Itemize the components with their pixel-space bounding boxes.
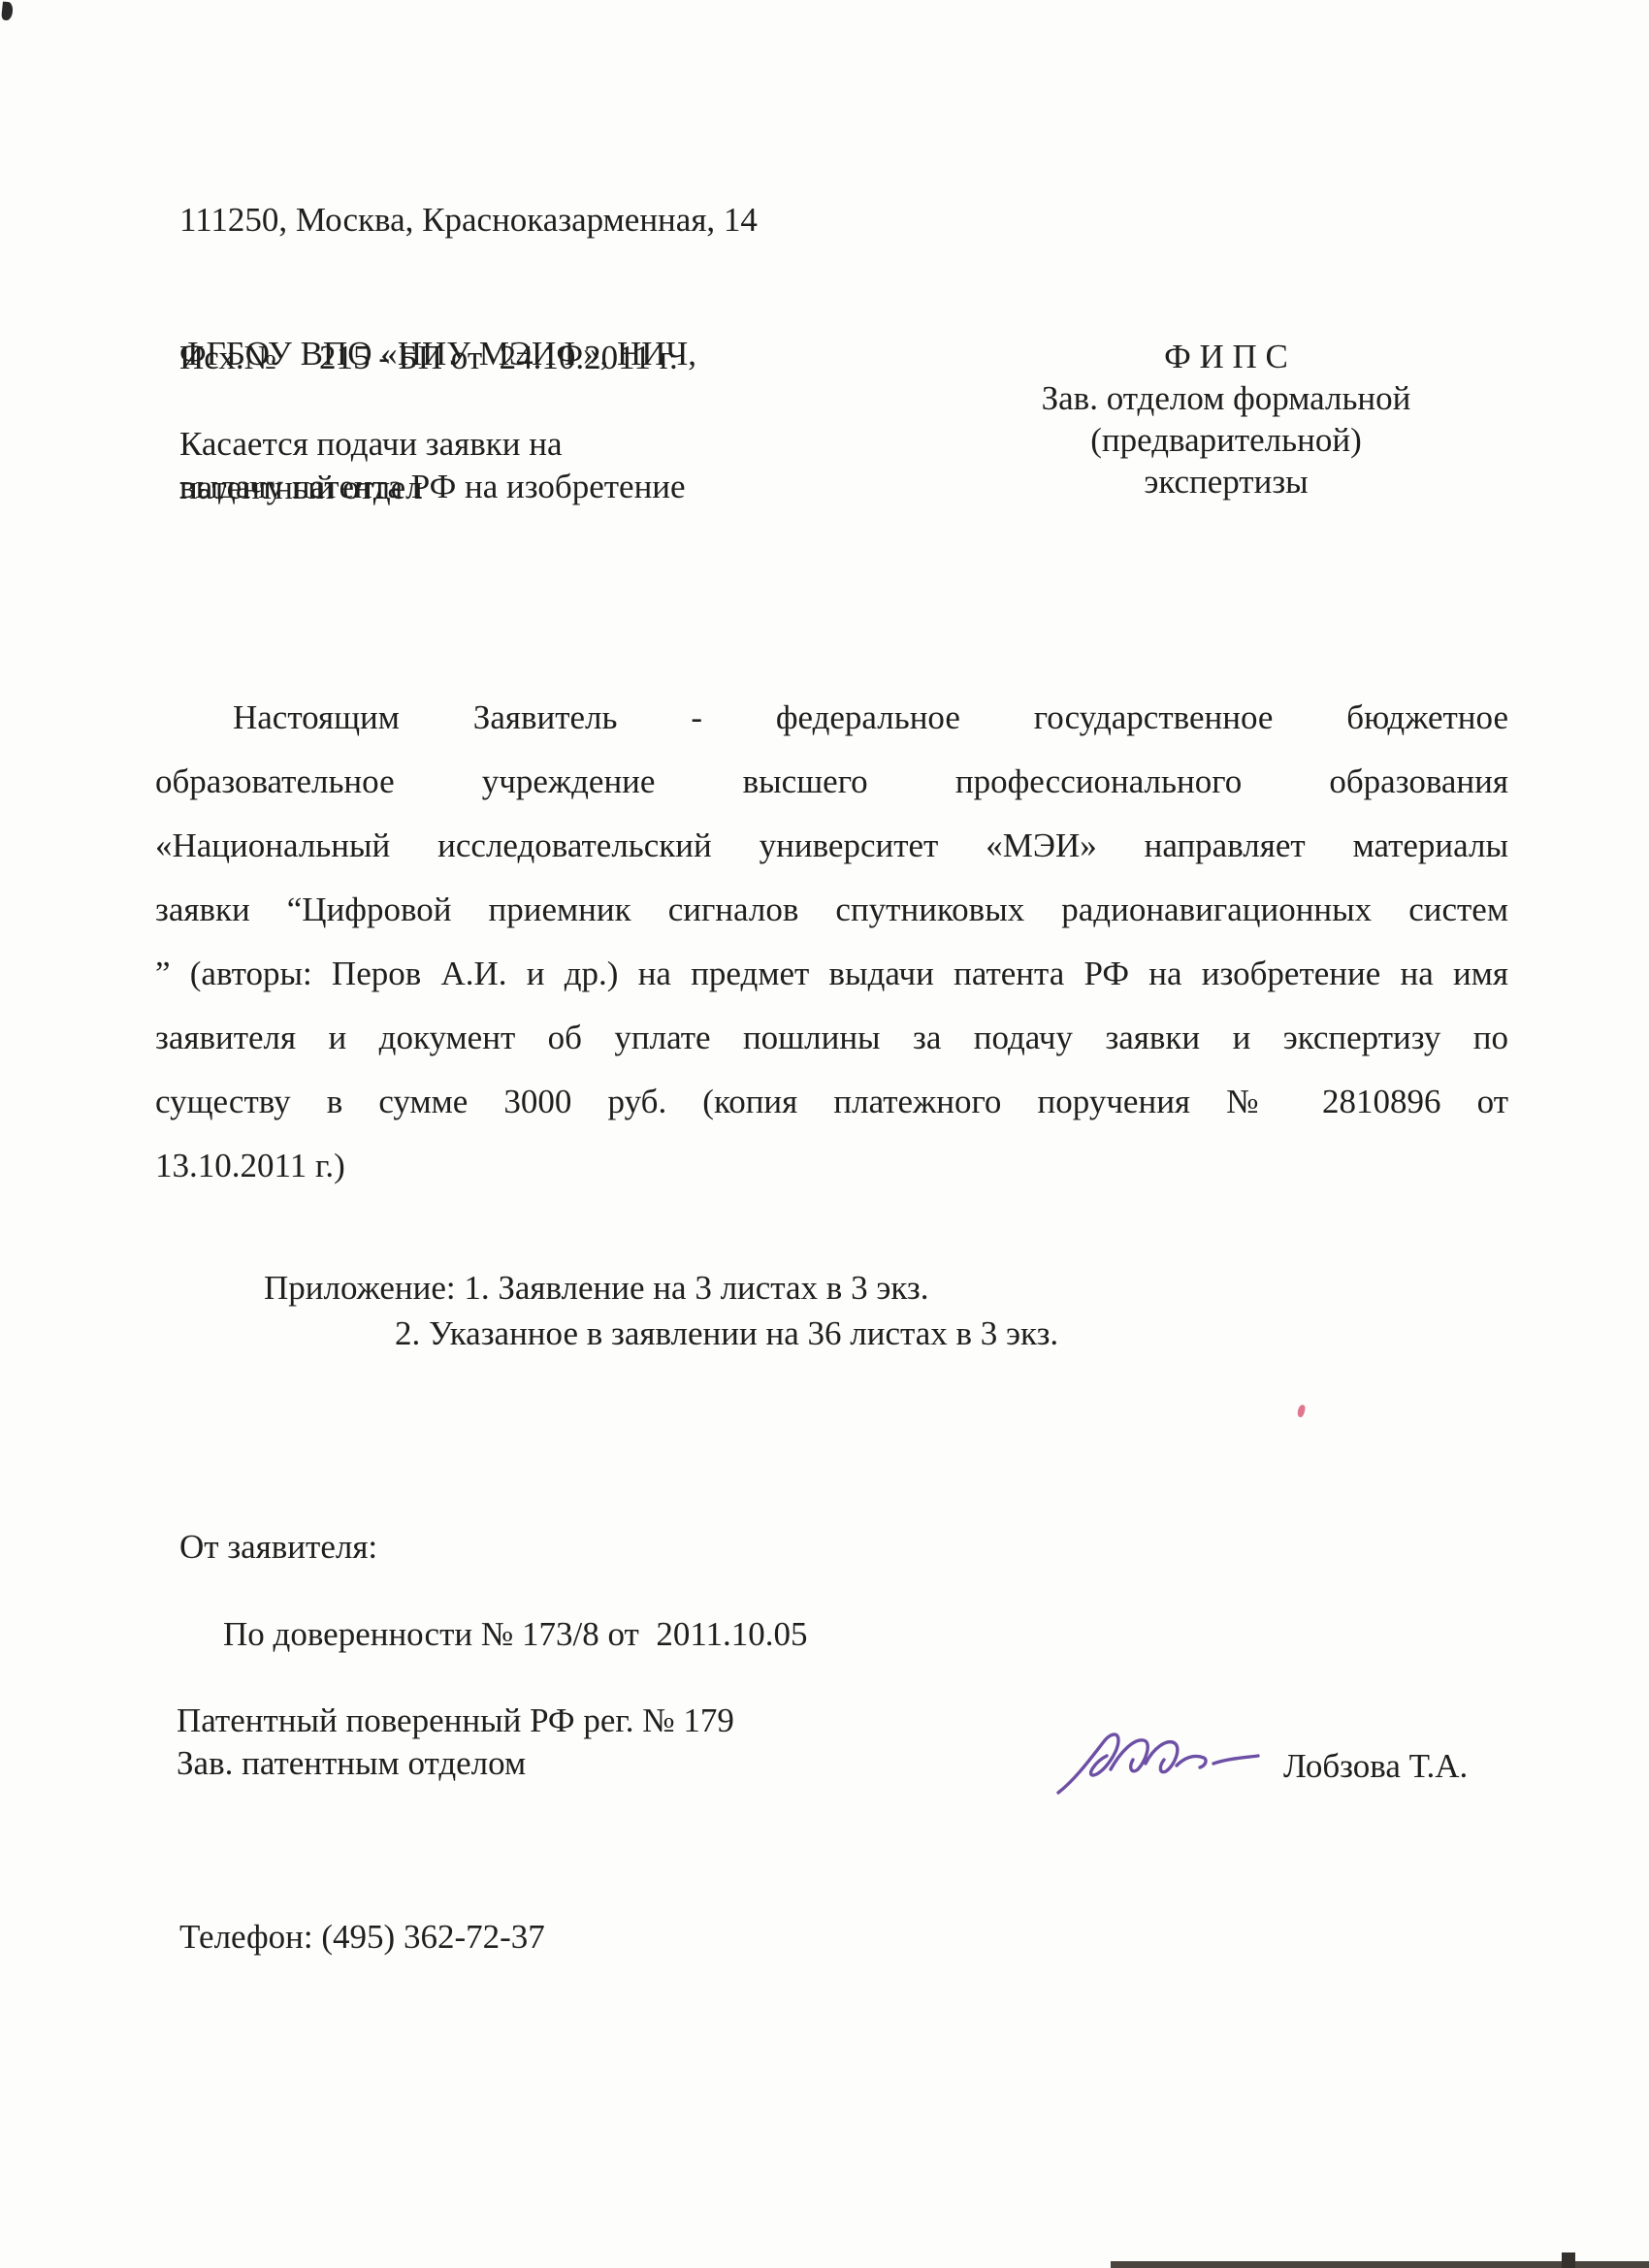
body-line: образовательное учреждение высшего профе… xyxy=(155,750,1508,814)
outgoing-number-label: Исх.№ xyxy=(179,339,276,376)
body-line: Настоящим Заявитель - федеральное госуда… xyxy=(155,686,1508,750)
body-line: «Национальный исследовательский универси… xyxy=(155,814,1508,878)
recipient-title-2: (предварительной) экспертизы xyxy=(1026,419,1426,502)
from-applicant-label: От заявителя: xyxy=(179,1525,377,1570)
scan-artifact-red-speck xyxy=(1296,1404,1307,1418)
handwritten-signature xyxy=(1052,1719,1305,1806)
outgoing-number-value: 215 - БП от 24.10.2011 г. xyxy=(319,339,678,376)
outgoing-number-line: Исх.№215 - БП от 24.10.2011 г. xyxy=(179,336,678,380)
body-line: заявки “Цифровой приемник сигналов спутн… xyxy=(155,878,1508,942)
scan-artifact-bottom-chunk xyxy=(1562,2252,1575,2268)
recipient-block: Ф И П С Зав. отделом формальной (предвар… xyxy=(1026,336,1426,502)
signer-name: Лобзова Т.А. xyxy=(1283,1744,1468,1789)
scan-artifact-corner xyxy=(1,1,14,20)
recipient-title-1: Зав. отделом формальной xyxy=(1026,377,1426,419)
body-paragraph: Настоящим Заявитель - федеральное госуда… xyxy=(155,686,1508,1198)
attorney-position-line: Зав. патентным отделом xyxy=(177,1742,734,1785)
attorney-reg-line: Патентный поверенный РФ рег. № 179 xyxy=(177,1700,734,1742)
body-line: ” (авторы: Перов А.И. и др.) на предмет … xyxy=(155,942,1508,1006)
attachment-line-1: Приложение: 1. Заявление на 3 листах в 3… xyxy=(264,1266,928,1311)
recipient-org: Ф И П С xyxy=(1026,336,1426,377)
body-line: существу в сумме 3000 руб. (копия платеж… xyxy=(155,1070,1508,1134)
power-of-attorney-line: По доверенности № 173/8 от 2011.10.05 xyxy=(223,1612,808,1657)
subject-line-1: Касается подачи заявки на xyxy=(179,423,686,466)
body-line: 13.10.2011 г.) xyxy=(155,1134,1508,1198)
body-line: заявителя и документ об уплате пошлины з… xyxy=(155,1006,1508,1070)
attachment-line-2: 2. Указанное в заявлении на 36 листах в … xyxy=(395,1312,1058,1356)
attorney-block: Патентный поверенный РФ рег. № 179 Зав. … xyxy=(177,1700,734,1785)
subject-block: Касается подачи заявки на выдачу патента… xyxy=(179,423,686,508)
phone-line: Телефон: (495) 362-72-37 xyxy=(179,1915,545,1960)
sender-address: 111250, Москва, Красноказарменная, 14 xyxy=(179,198,758,243)
scanned-letter-page: 111250, Москва, Красноказарменная, 14 ФГ… xyxy=(0,0,1649,2268)
subject-line-2: выдачу патента РФ на изобретение xyxy=(179,466,686,508)
